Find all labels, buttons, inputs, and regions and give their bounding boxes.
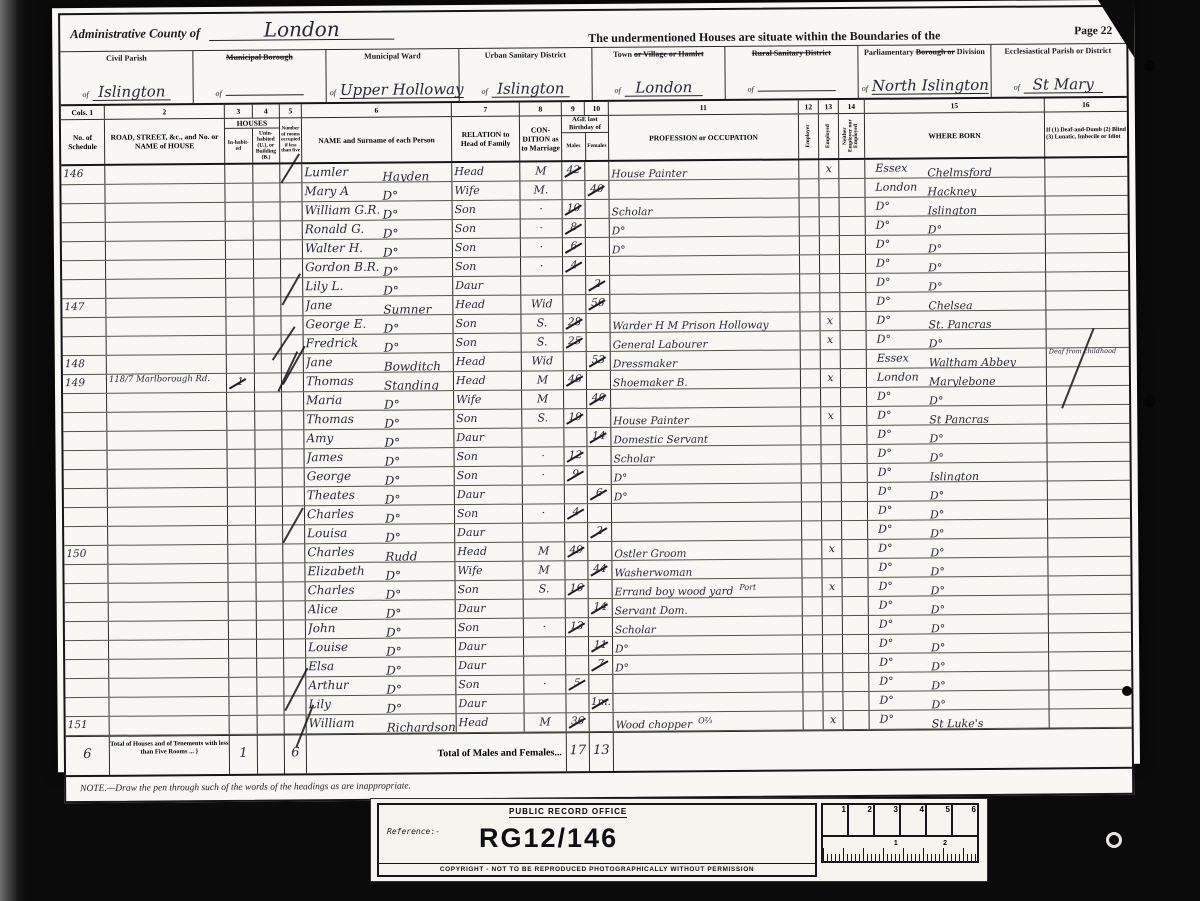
relation-cell: Head [452,163,520,182]
where-born-cell: D°D° [868,519,1048,538]
schedule-number [62,318,106,336]
name-cell: Mary AD° [302,182,452,201]
total-rooms: 6 [285,735,307,773]
condition-cell [521,276,563,294]
inhabited-cell [225,165,253,183]
uninhabited-cell [254,297,281,315]
column-number: 10 [585,102,609,115]
neither-cell [840,312,866,330]
header-inhabited: In-habit-ed [225,129,253,163]
occupation-cell: Errand boy wood yardPort [613,578,803,597]
employed-cell: x [823,578,843,596]
neither-cell [843,578,869,596]
employed-cell [820,198,840,216]
infirmity-cell [1047,443,1129,462]
age-male-cell: 19 [564,409,587,427]
column-number: 5 [280,104,302,117]
where-born-cell: D°D° [869,633,1049,652]
age-male-cell [564,390,587,408]
age-male-cell [566,637,589,655]
relation-cell: Son [454,410,522,429]
infirmity-cell [1048,500,1130,519]
infirmity-cell [1046,291,1128,310]
infirmity-cell [1045,177,1127,196]
rooms-cell [282,411,304,429]
inhabited-cell [227,450,255,468]
employer-cell [800,236,820,254]
road-cell [106,203,226,222]
rooms-cell [284,620,306,638]
inhabited-cell [226,203,254,221]
age-male-cell: 9 [565,466,588,484]
age-female-cell [589,580,613,598]
column-number: 4 [253,104,280,117]
age-male-cell: 4 [565,504,588,522]
age-female-cell [588,466,612,484]
condition-cell [524,637,566,655]
column-number: 6 [302,103,452,117]
age-female-cell [586,257,610,275]
neither-cell [844,711,870,729]
road-cell [107,431,227,450]
neither-cell [843,635,869,653]
where-born-cell: D°D° [868,538,1048,557]
uninhabited-cell [257,582,284,600]
infirmity-cell: Deaf from childhood [1047,348,1129,367]
condition-cell: · [524,675,566,693]
employed-cell [823,692,843,710]
column-number: 7 [452,103,520,117]
uninhabited-cell [256,506,283,524]
age-female-cell [587,371,611,389]
neither-cell [842,483,868,501]
age-male-cell: 25 [564,333,587,351]
age-female-cell: 40 [585,181,609,199]
age-male-cell: 5 [566,675,589,693]
age-male-cell: 16 [566,580,589,598]
column-number: Cols. 1 [61,106,105,119]
rooms-cell [283,487,305,505]
neither-cell [841,426,867,444]
employer-cell [800,217,820,235]
schedule-number [62,280,106,298]
road-cell [108,526,228,545]
ruler-number: 3 [875,805,901,835]
of-label: of [747,85,753,94]
condition-cell: · [521,219,563,237]
name-cell: LouisaD° [305,524,455,543]
infirmity-cell [1047,386,1129,405]
age-male-cell: 6 [563,238,586,256]
road-cell: 118/7 Marlborough Rd. [107,374,227,393]
infirmity-cell [1047,329,1129,348]
where-born-cell: D°D° [867,329,1047,348]
occupation-cell: Scholar [610,198,800,217]
scan-edge-shadow [0,0,26,901]
where-born-cell: D°Chelsea [866,291,1046,310]
occupation-cell: House Painter [611,407,801,426]
employed-cell [822,464,842,482]
condition-cell: Wid [522,352,564,370]
rooms-cell [282,430,304,448]
total-houses-label: Total of Houses and of Tenements with le… [110,736,230,775]
uninhabited-cell [255,354,282,372]
age-female-cell: 14 [589,599,613,617]
relation-cell: Son [453,201,521,220]
road-cell [106,317,226,336]
header-employed: Employed [819,114,839,158]
occupation-cell: Ostler Groom [612,540,802,559]
neither-cell [840,274,866,292]
schedule-number [65,698,109,716]
name-cell: ArthurD° [306,676,456,695]
where-born-cell: D°D° [869,614,1049,633]
schedule-number [65,622,109,640]
where-born-cell: D°Islington [868,462,1048,481]
uninhabited-cell [255,392,282,410]
relation-cell: Daur [456,638,524,657]
name-cell: JaneSumner [303,296,453,315]
employed-cell: x [821,407,841,425]
admin-county-value: London [209,19,394,41]
header-schedule: No. of Schedule [61,120,105,164]
schedule-number: 148 [63,356,107,374]
employer-cell [803,635,823,653]
reference-box: PUBLIC RECORD OFFICE Reference:- RG12/14… [377,803,817,877]
age-female-cell: 11 [589,637,613,655]
age-female-cell [585,162,609,180]
inhabited-cell: 1 [227,374,255,392]
neither-cell [840,293,866,311]
age-male-cell [562,181,585,199]
road-cell [108,488,228,507]
name-cell: FredrickD° [304,334,454,353]
condition-cell: M [523,561,565,579]
ruler-cm-number: 1 [894,840,898,847]
condition-cell: · [521,238,563,256]
where-born-cell: D°D° [869,576,1049,595]
column-number: 9 [562,102,585,115]
neither-cell [842,540,868,558]
neither-cell [840,255,866,273]
schedule-number: 146 [61,166,105,184]
relation-cell: Daur [456,657,524,676]
road-cell [109,678,229,697]
age-male-cell: 8 [563,219,586,237]
road-cell [105,184,225,203]
uninhabited-cell [256,487,283,505]
district-value: North Islington [872,77,989,95]
name-cell: WilliamRichardson [307,714,457,733]
road-cell [107,393,227,412]
where-born-cell: D°D° [868,500,1048,519]
age-female-cell [588,542,612,560]
where-born-cell: D°D° [869,671,1049,690]
age-female-cell [586,200,610,218]
relation-cell: Son [455,505,523,524]
where-born-cell: LondonHackney [865,177,1045,196]
district-box: Ecclesiastical Parish or District of St … [991,44,1124,97]
infirmity-cell [1046,272,1128,291]
header-employer: Employer [799,114,819,158]
punch-hole [1144,395,1156,407]
schedule-number [65,641,109,659]
age-male-cell [564,352,587,370]
page-number: Page 22 [1074,25,1112,37]
schedule-number [64,470,108,488]
age-male-cell [566,694,589,712]
road-cell [107,355,227,374]
relation-cell: Wife [455,562,523,581]
age-male-cell [566,656,589,674]
name-cell: Ronald G.D° [303,220,453,239]
schedule-number [65,660,109,678]
neither-cell [841,331,867,349]
rooms-cell [282,392,304,410]
where-born-cell: D°D° [866,234,1046,253]
occupation-cell [612,502,802,521]
employer-cell [802,502,822,520]
road-cell [108,469,228,488]
occupation-cell [612,521,802,540]
where-born-cell: D°St Pancras [867,405,1047,424]
inhabited-cell [228,507,256,525]
occupation-cell [609,179,799,198]
neither-cell [843,597,869,615]
employer-cell [801,445,821,463]
ruler-number: 1 [823,805,849,835]
employed-cell: x [821,369,841,387]
of-label: of [330,88,336,97]
condition-cell [522,428,564,446]
neither-cell [842,502,868,520]
employed-cell [823,673,843,691]
occupation-cell: General Labourer [611,331,801,350]
uninhabited-cell [257,620,284,638]
neither-cell [843,654,869,672]
column-number: 12 [799,100,819,113]
employed-cell: x [821,331,841,349]
inhabited-cell [227,355,255,373]
age-female-cell [588,504,612,522]
employed-cell [820,255,840,273]
district-box: Town or Village or Hamlet of London [592,47,725,100]
employed-cell [823,654,843,672]
inhabited-cell [229,659,257,677]
condition-cell: M [522,371,564,389]
schedule-number [62,242,106,260]
age-male-cell: 36 [567,713,590,731]
record-office-stamp: PUBLIC RECORD OFFICE Reference:- RG12/14… [370,798,988,882]
road-cell [108,507,228,526]
age-female-cell: 1m. [589,694,613,712]
employer-cell [803,654,823,672]
table-body: 146LumlerHaydenHeadM42House PainterxEsse… [61,158,1131,736]
rooms-cell [282,449,304,467]
district-value: Upper Holloway [340,81,464,99]
infirmity-cell [1048,557,1130,576]
neither-cell [841,407,867,425]
total-males-females-label: Total of Males and Females... [307,733,567,773]
uninhabited-cell [255,411,282,429]
total-schedules: 6 [66,737,110,775]
column-number: 3 [225,105,253,118]
schedule-number: 151 [66,717,110,735]
inhabited-cell [227,336,255,354]
copyright-notice: COPYRIGHT - NOT TO BE REPRODUCED PHOTOGR… [379,863,815,875]
age-male-cell: 46 [564,371,587,389]
infirmity-cell [1048,519,1130,538]
of-label: of [1014,83,1020,92]
age-female-cell [586,219,610,237]
occupation-cell: House Painter [609,160,799,179]
occupation-cell [610,255,800,274]
age-female-cell: 40 [587,390,611,408]
schedule-number: 150 [64,546,108,564]
district-label: Civil Parish [60,53,192,64]
schedule-number [65,584,109,602]
relation-cell: Son [456,581,524,600]
uninhabited-cell [255,430,282,448]
header-neither: Neither Employer nor Employed [839,114,865,158]
occupation-cell: D° [612,483,802,502]
punch-hole [1144,60,1155,71]
district-value: London [625,79,703,97]
occupation-cell: Scholar [611,445,801,464]
name-cell: Gordon B.R.D° [303,258,453,277]
occupation-cell [613,673,803,692]
condition-cell: · [521,200,563,218]
age-male-cell: 13 [566,618,589,636]
uninhabited-cell [257,601,284,619]
uninhabited-cell [254,278,281,296]
neither-cell [843,692,869,710]
condition-cell: · [523,466,565,484]
uninhabited-cell [258,715,285,733]
header-condition: CON-DITION as to Marriage [520,116,562,160]
ruler-number: 5 [927,805,953,835]
header-houses-group: HOUSES In-habit-ed Unin-habited (U.), or… [225,118,280,162]
schedule-number [63,394,107,412]
inhabited-cell [227,412,255,430]
schedule-number [63,432,107,450]
district-label: Urban Sanitary District [459,50,591,61]
schedule-number: 147 [62,299,106,317]
age-female-cell [590,713,614,731]
header-infirmities: If (1) Deaf-and-Dumb (2) Blind (3) Lunat… [1045,112,1127,157]
road-cell [106,298,226,317]
relation-cell: Daur [453,277,521,296]
name-cell: CharlesD° [306,581,456,600]
neither-cell [841,388,867,406]
relation-cell: Wife [454,391,522,410]
schedule-number [63,451,107,469]
census-page: Administrative County of London The unde… [52,0,1140,772]
scale-ruler: 123456 1 2 [821,803,979,867]
district-box: Civil Parish of Islington [60,51,193,104]
name-cell: LilyD° [306,695,456,714]
ruler-boxes: 123456 [821,803,979,835]
name-cell: William G.R.D° [303,201,453,220]
where-born-cell: D°D° [868,481,1048,500]
relation-cell: Head [455,543,523,562]
ruler-number: 6 [953,805,977,835]
age-male-cell: 28 [563,314,586,332]
name-cell: ThomasD° [304,410,454,429]
condition-cell: · [523,504,565,522]
age-female-cell [589,675,613,693]
where-born-cell: LondonMarylebone [867,367,1047,386]
schedule-number [65,603,109,621]
road-cell [109,640,229,659]
employer-cell [803,597,823,615]
uninhabited-cell [256,563,283,581]
employed-cell: x [824,711,844,729]
age-female-cell [586,238,610,256]
relation-cell: Son [453,315,521,334]
occupation-cell: Washerwoman [612,559,802,578]
inhabited-cell [229,602,257,620]
census-table: Cols. 1 2 3 4 5 6 7 8 9 10 11 12 13 14 1… [61,98,1132,777]
employed-cell [823,597,843,615]
infirmity-cell [1046,234,1128,253]
reference-number: RG12/146 [479,823,618,854]
employer-cell [800,293,820,311]
name-cell: LumlerHayden [302,163,452,182]
employed-cell [820,217,840,235]
uninhabited-cell [254,259,281,277]
infirmity-cell [1048,481,1130,500]
occupation-cell: Wood chopperO⅔ [614,711,804,730]
employer-cell [799,160,819,178]
infirmity-cell [1048,462,1130,481]
total-inhabited: 1 [230,736,258,774]
occupation-cell: Scholar [613,616,803,635]
name-cell: ElsaD° [306,657,456,676]
name-cell: JamesD° [304,448,454,467]
employed-cell [821,388,841,406]
district-box: Municipal Ward of Upper Holloway [326,49,459,102]
neither-cell [839,179,865,197]
employed-cell: x [822,540,842,558]
schedule-number [65,679,109,697]
relation-cell: Daur [455,486,523,505]
inhabited-cell [229,678,257,696]
where-born-cell: EssexWaltham Abbey [867,348,1047,367]
condition-cell: S. [522,333,564,351]
of-label: of [215,89,221,98]
rooms-cell [281,240,303,258]
employed-cell: x [819,160,839,178]
uninhabited-cell [254,202,281,220]
inhabited-cell [226,260,254,278]
district-box: Rural Sanitary District of [725,46,858,99]
header-age-group: AGE last Birthday of Males Females [562,116,609,160]
district-label: Ecclesiastical Parish or District [991,46,1124,57]
infirmity-cell [1046,253,1128,272]
employer-cell [799,179,819,197]
relation-cell: Head [454,353,522,372]
schedule-number [61,185,105,203]
condition-cell: M. [520,181,562,199]
district-value [226,94,304,96]
column-number: 2 [105,105,225,119]
header-houses: HOUSES [225,118,279,128]
inhabited-cell [228,545,256,563]
uninhabited-cell [257,639,284,657]
header-females: Females [586,132,609,160]
neither-cell [841,445,867,463]
